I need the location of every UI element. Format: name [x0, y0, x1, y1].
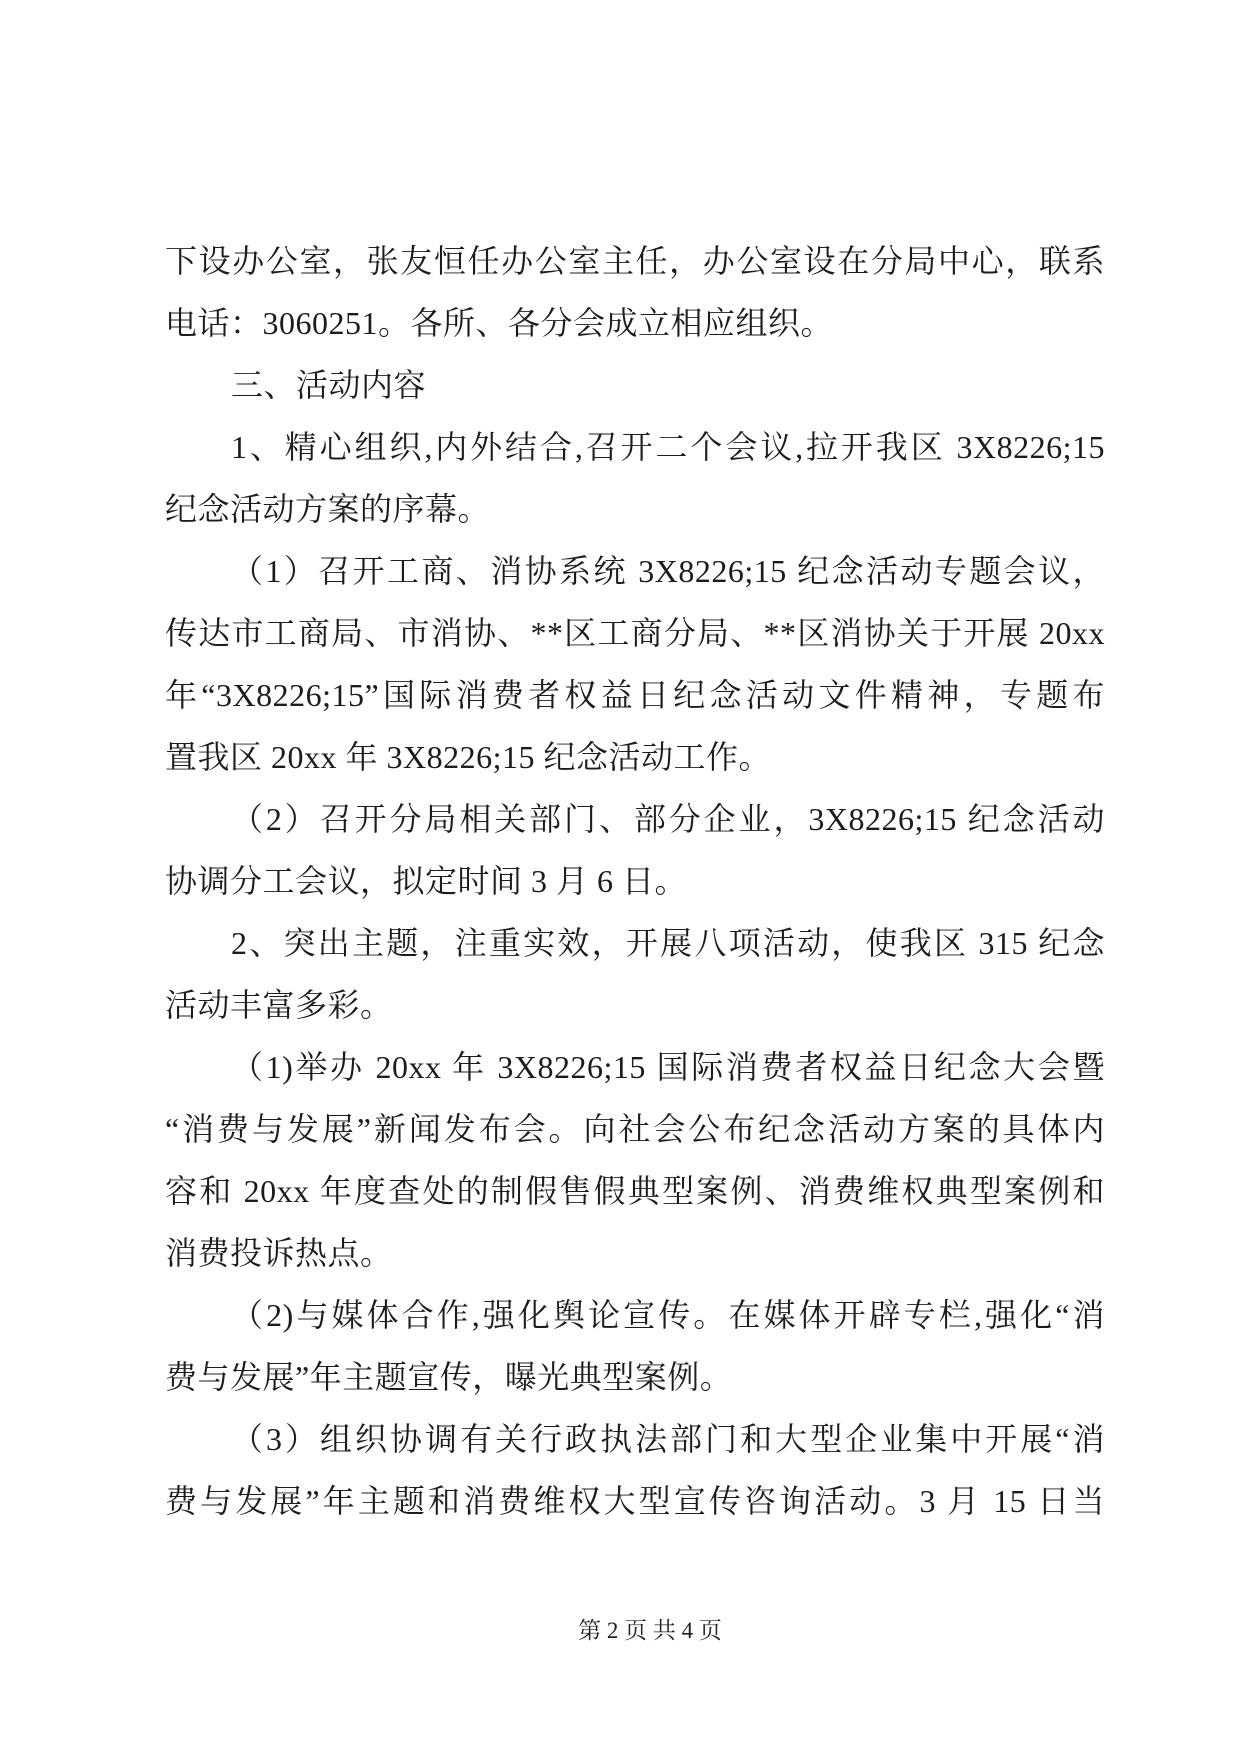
text-line: （3）组织协调有关行政执法部门和大型企业集中开展“消 [165, 1408, 1105, 1470]
text-line: 活动丰富多彩。 [165, 974, 1105, 1036]
page-number: 第 2 页 共 4 页 [578, 1618, 722, 1643]
text-line: 容和 20xx 年度查处的制假售假典型案例、消费维权典型案例和 [165, 1160, 1105, 1222]
page-footer: 第 2 页 共 4 页 [180, 1616, 1120, 1646]
text-line: 传达市工商局、市消协、**区工商分局、**区消协关于开展 20xx [165, 602, 1105, 664]
text-line: 协调分工会议，拟定时间 3 月 6 日。 [165, 850, 1105, 912]
text-line: （2)与媒体合作,强化舆论宣传。在媒体开辟专栏,强化“消 [165, 1284, 1105, 1346]
document-body: 下设办公室，张友恒任办公室主任，办公室设在分局中心，联系电话：3060251。各… [165, 230, 1105, 1532]
text-line: 1、精心组织,内外结合,召开二个会议,拉开我区 3X8226;15 [165, 416, 1105, 478]
text-line: 下设办公室，张友恒任办公室主任，办公室设在分局中心，联系 [165, 230, 1105, 292]
text-line: （1）召开工商、消协系统 3X8226;15 纪念活动专题会议， [165, 540, 1105, 602]
text-line: 费与发展”年主题和消费维权大型宣传咨询活动。3 月 15 日当 [165, 1470, 1105, 1532]
text-line: 年“3X8226;15”国际消费者权益日纪念活动文件精神，专题布 [165, 664, 1105, 726]
text-line: 电话：3060251。各所、各分会成立相应组织。 [165, 292, 1105, 354]
text-line: 消费投诉热点。 [165, 1222, 1105, 1284]
document-page: 下设办公室，张友恒任办公室主任，办公室设在分局中心，联系电话：3060251。各… [0, 0, 1241, 1754]
text-line: （1)举办 20xx 年 3X8226;15 国际消费者权益日纪念大会暨 [165, 1036, 1105, 1098]
text-line: 纪念活动方案的序幕。 [165, 478, 1105, 540]
text-line: 三、活动内容 [165, 354, 1105, 416]
text-line: “消费与发展”新闻发布会。向社会公布纪念活动方案的具体内 [165, 1098, 1105, 1160]
text-line: 置我区 20xx 年 3X8226;15 纪念活动工作。 [165, 726, 1105, 788]
text-line: （2）召开分局相关部门、部分企业，3X8226;15 纪念活动 [165, 788, 1105, 850]
text-line: 2、突出主题，注重实效，开展八项活动，使我区 315 纪念 [165, 912, 1105, 974]
text-line: 费与发展”年主题宣传，曝光典型案例。 [165, 1346, 1105, 1408]
